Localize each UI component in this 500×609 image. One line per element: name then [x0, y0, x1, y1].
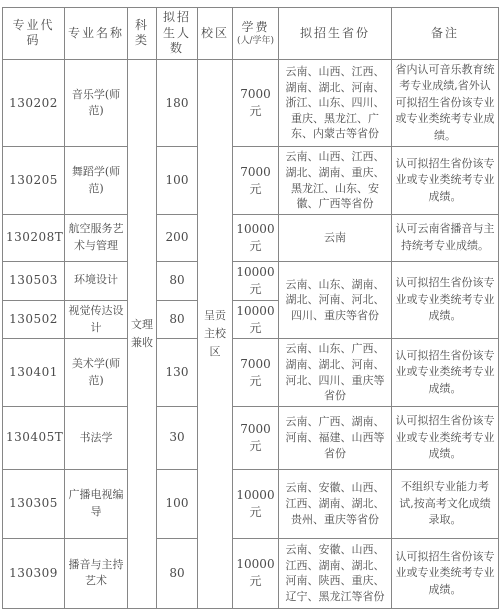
cell-major-code: 130205 — [3, 147, 65, 214]
cell-major-name: 播音与主持艺术 — [65, 538, 128, 608]
cell-major-code: 130208TK — [3, 214, 65, 261]
cell-remark: 认可拟招生省份该专业或专业类统考专业成绩。 — [392, 538, 499, 608]
cell-tuition: 7000元 — [233, 59, 279, 147]
cell-major-name: 广播电视编导 — [65, 469, 128, 538]
cell-major-code: 130202 — [3, 59, 65, 147]
cell-enrollment-count: 80 — [157, 261, 198, 300]
header-tuition-unit: (人/学年) — [236, 36, 275, 47]
cell-major-code: 130309 — [3, 538, 65, 608]
cell-provinces: 云南 — [279, 214, 392, 261]
cell-remark: 认可拟招生省份该专业或专业类统考专业成绩。 — [392, 261, 499, 339]
cell-provinces: 云南、山西、江西、湖南、湖北、河南、浙江、山东、四川、重庆、黑龙江、广东、内蒙古… — [279, 59, 392, 147]
admission-table: 专业代码 专业名称 科类 拟招生人数 校区 学费 (人/学年) 拟招生省份 备注… — [2, 7, 499, 609]
cell-enrollment-count: 80 — [157, 300, 198, 339]
cell-campus: 呈贡主校区 — [198, 59, 233, 608]
cell-remark: 认可拟招生省份该专业或专业类统考专业成绩。 — [392, 147, 499, 214]
header-campus: 校区 — [198, 8, 233, 60]
header-subject-category: 科类 — [128, 8, 157, 60]
cell-subject-category: 文理兼收 — [128, 59, 157, 608]
cell-major-name: 航空服务艺术与管理 — [65, 214, 128, 261]
cell-major-name: 书法学 — [65, 406, 128, 469]
cell-provinces: 云南、山西、江西、湖北、湖南、重庆、黑龙江、山东、安徽、广西等省份 — [279, 147, 392, 214]
header-enrollment-count: 拟招生人数 — [157, 8, 198, 60]
cell-tuition: 10000元 — [233, 214, 279, 261]
table-row: 130305广播电视编导10010000元云南、安徽、山西、江西、湖南、湖北、贵… — [3, 469, 499, 538]
cell-major-name: 环境设计 — [65, 261, 128, 300]
cell-major-code: 130305 — [3, 469, 65, 538]
cell-tuition: 7000元 — [233, 406, 279, 469]
cell-remark: 认可拟招生省份该专业或专业类统考专业成绩。 — [392, 406, 499, 469]
cell-enrollment-count: 200 — [157, 214, 198, 261]
cell-enrollment-count: 100 — [157, 147, 198, 214]
cell-major-name: 舞蹈学(师范) — [65, 147, 128, 214]
cell-remark: 不组织专业能力考试,按高考文化成绩录取。 — [392, 469, 499, 538]
header-major-name: 专业名称 — [65, 8, 128, 60]
header-remark: 备注 — [392, 8, 499, 60]
table-row: 130208TK航空服务艺术与管理20010000元云南认可云南省播音与主持统考… — [3, 214, 499, 261]
header-major-code: 专业代码 — [3, 8, 65, 60]
cell-tuition: 10000元 — [233, 469, 279, 538]
cell-major-name: 音乐学(师范) — [65, 59, 128, 147]
table-row: 130503环境设计8010000元云南、山东、湖南、湖北、河南、河北、四川、重… — [3, 261, 499, 300]
cell-major-code: 130503 — [3, 261, 65, 300]
header-provinces: 拟招生省份 — [279, 8, 392, 60]
cell-tuition: 10000元 — [233, 538, 279, 608]
cell-remark: 认可云南省播音与主持统考专业成绩。 — [392, 214, 499, 261]
cell-enrollment-count: 30 — [157, 406, 198, 469]
cell-provinces: 云南、山东、广西、湖南、湖北、河南、河北、四川、重庆等省份 — [279, 339, 392, 406]
table-row: 130202音乐学(师范)文理兼收180呈贡主校区7000元云南、山西、江西、湖… — [3, 59, 499, 147]
cell-tuition: 7000元 — [233, 339, 279, 406]
cell-remark: 认可拟招生省份该专业或专业类统考专业成绩。 — [392, 339, 499, 406]
admission-plan-page: 专业代码 专业名称 科类 拟招生人数 校区 学费 (人/学年) 拟招生省份 备注… — [0, 0, 500, 573]
header-tuition-label: 学费 — [241, 20, 269, 34]
table-header-row: 专业代码 专业名称 科类 拟招生人数 校区 学费 (人/学年) 拟招生省份 备注 — [3, 8, 499, 60]
table-row: 130401美术学(师范)1307000元云南、山东、广西、湖南、湖北、河南、河… — [3, 339, 499, 406]
cell-tuition: 7000元 — [233, 147, 279, 214]
cell-provinces: 云南、安徽、山西、江西、湖南、湖北、河南、陕西、重庆、辽宁、黑龙江等省份 — [279, 538, 392, 608]
table-row: 130405T书法学307000元云南、广西、湖南、河南、福建、山西等省份认可拟… — [3, 406, 499, 469]
header-tuition: 学费 (人/学年) — [233, 8, 279, 60]
cell-tuition: 10000元 — [233, 300, 279, 339]
cell-remark: 省内认可音乐教育统考专业成绩,省外认可拟招生省份该专业或专业类统考专业成绩。 — [392, 59, 499, 147]
admission-table-body: 130202音乐学(师范)文理兼收180呈贡主校区7000元云南、山西、江西、湖… — [3, 59, 499, 608]
cell-enrollment-count: 80 — [157, 538, 198, 608]
cell-major-code: 130502 — [3, 300, 65, 339]
cell-enrollment-count: 130 — [157, 339, 198, 406]
cell-provinces: 云南、广西、湖南、河南、福建、山西等省份 — [279, 406, 392, 469]
table-row: 130205舞蹈学(师范)1007000元云南、山西、江西、湖北、湖南、重庆、黑… — [3, 147, 499, 214]
cell-major-name: 美术学(师范) — [65, 339, 128, 406]
cell-enrollment-count: 180 — [157, 59, 198, 147]
cell-provinces: 云南、山东、湖南、湖北、河南、河北、四川、重庆等省份 — [279, 261, 392, 339]
cell-provinces: 云南、安徽、山西、江西、湖南、湖北、贵州、重庆等省份 — [279, 469, 392, 538]
cell-tuition: 10000元 — [233, 261, 279, 300]
cell-major-name: 视觉传达设计 — [65, 300, 128, 339]
cell-major-code: 130405T — [3, 406, 65, 469]
cell-major-code: 130401 — [3, 339, 65, 406]
table-row: 130309播音与主持艺术8010000元云南、安徽、山西、江西、湖南、湖北、河… — [3, 538, 499, 608]
cell-enrollment-count: 100 — [157, 469, 198, 538]
